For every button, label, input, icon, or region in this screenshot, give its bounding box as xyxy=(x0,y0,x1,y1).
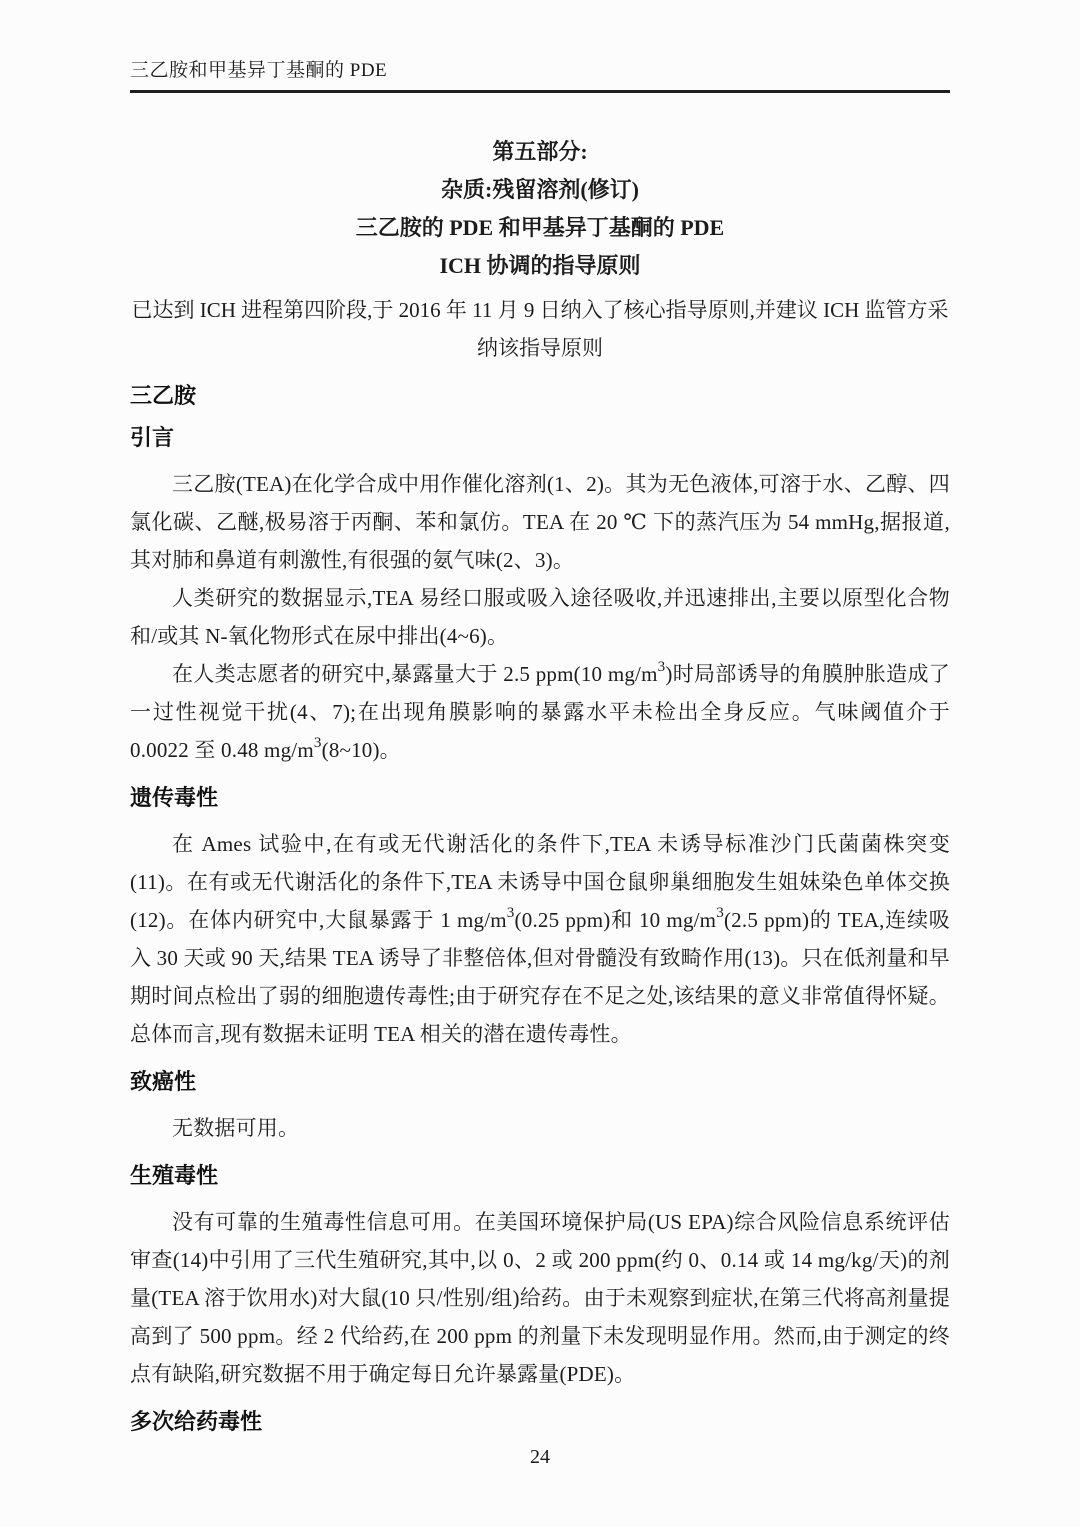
paragraph-intro-1: 三乙胺(TEA)在化学合成中用作催化溶剂(1、2)。其为无色液体,可溶于水、乙醇… xyxy=(130,465,950,579)
paragraph-genotoxicity-1: 在 Ames 试验中,在有或无代谢活化的条件下,TEA 未诱导标准沙门氏菌菌株突… xyxy=(130,825,950,1053)
superscript: 3 xyxy=(658,659,666,675)
paragraph-carcinogenicity-1: 无数据可用。 xyxy=(130,1109,950,1147)
document-page: 三乙胺和甲基异丁基酮的 PDE 第五部分: 杂质:残留溶剂(修订) 三乙胺的 P… xyxy=(0,0,1080,1527)
superscript: 3 xyxy=(716,905,724,921)
section-heading-triethylamine: 三乙胺 xyxy=(130,383,950,409)
section-heading-repeated-dose-toxicity: 多次给药毒性 xyxy=(130,1409,950,1435)
title-line-part: 第五部分: xyxy=(130,133,950,171)
section-heading-carcinogenicity: 致癌性 xyxy=(130,1069,950,1095)
section-heading-introduction: 引言 xyxy=(130,425,950,451)
title-line-pde: 三乙胺的 PDE 和甲基异丁基酮的 PDE xyxy=(130,209,950,247)
superscript: 3 xyxy=(314,735,322,751)
title-line-ich-guideline: ICH 协调的指导原则 xyxy=(130,247,950,285)
title-line-impurities: 杂质:残留溶剂(修订) xyxy=(130,171,950,209)
paragraph-intro-3: 在人类志愿者的研究中,暴露量大于 2.5 ppm(10 mg/m3)时局部诱导的… xyxy=(130,655,950,769)
section-heading-reproductive-toxicity: 生殖毒性 xyxy=(130,1163,950,1189)
superscript: 3 xyxy=(507,905,515,921)
title-block: 第五部分: 杂质:残留溶剂(修订) 三乙胺的 PDE 和甲基异丁基酮的 PDE … xyxy=(130,133,950,285)
page-number: 24 xyxy=(0,1446,1080,1469)
section-heading-genotoxicity: 遗传毒性 xyxy=(130,785,950,811)
adoption-note: 已达到 ICH 进程第四阶段,于 2016 年 11 月 9 日纳入了核心指导原… xyxy=(130,291,950,367)
paragraph-reproductive-1: 没有可靠的生殖毒性信息可用。在美国环境保护局(US EPA)综合风险信息系统评估… xyxy=(130,1203,950,1393)
paragraph-intro-2: 人类研究的数据显示,TEA 易经口服或吸入途径吸收,并迅速排出,主要以原型化合物… xyxy=(130,579,950,655)
running-header-text: 三乙胺和甲基异丁基酮的 PDE xyxy=(130,60,387,81)
running-header: 三乙胺和甲基异丁基酮的 PDE xyxy=(130,58,950,93)
